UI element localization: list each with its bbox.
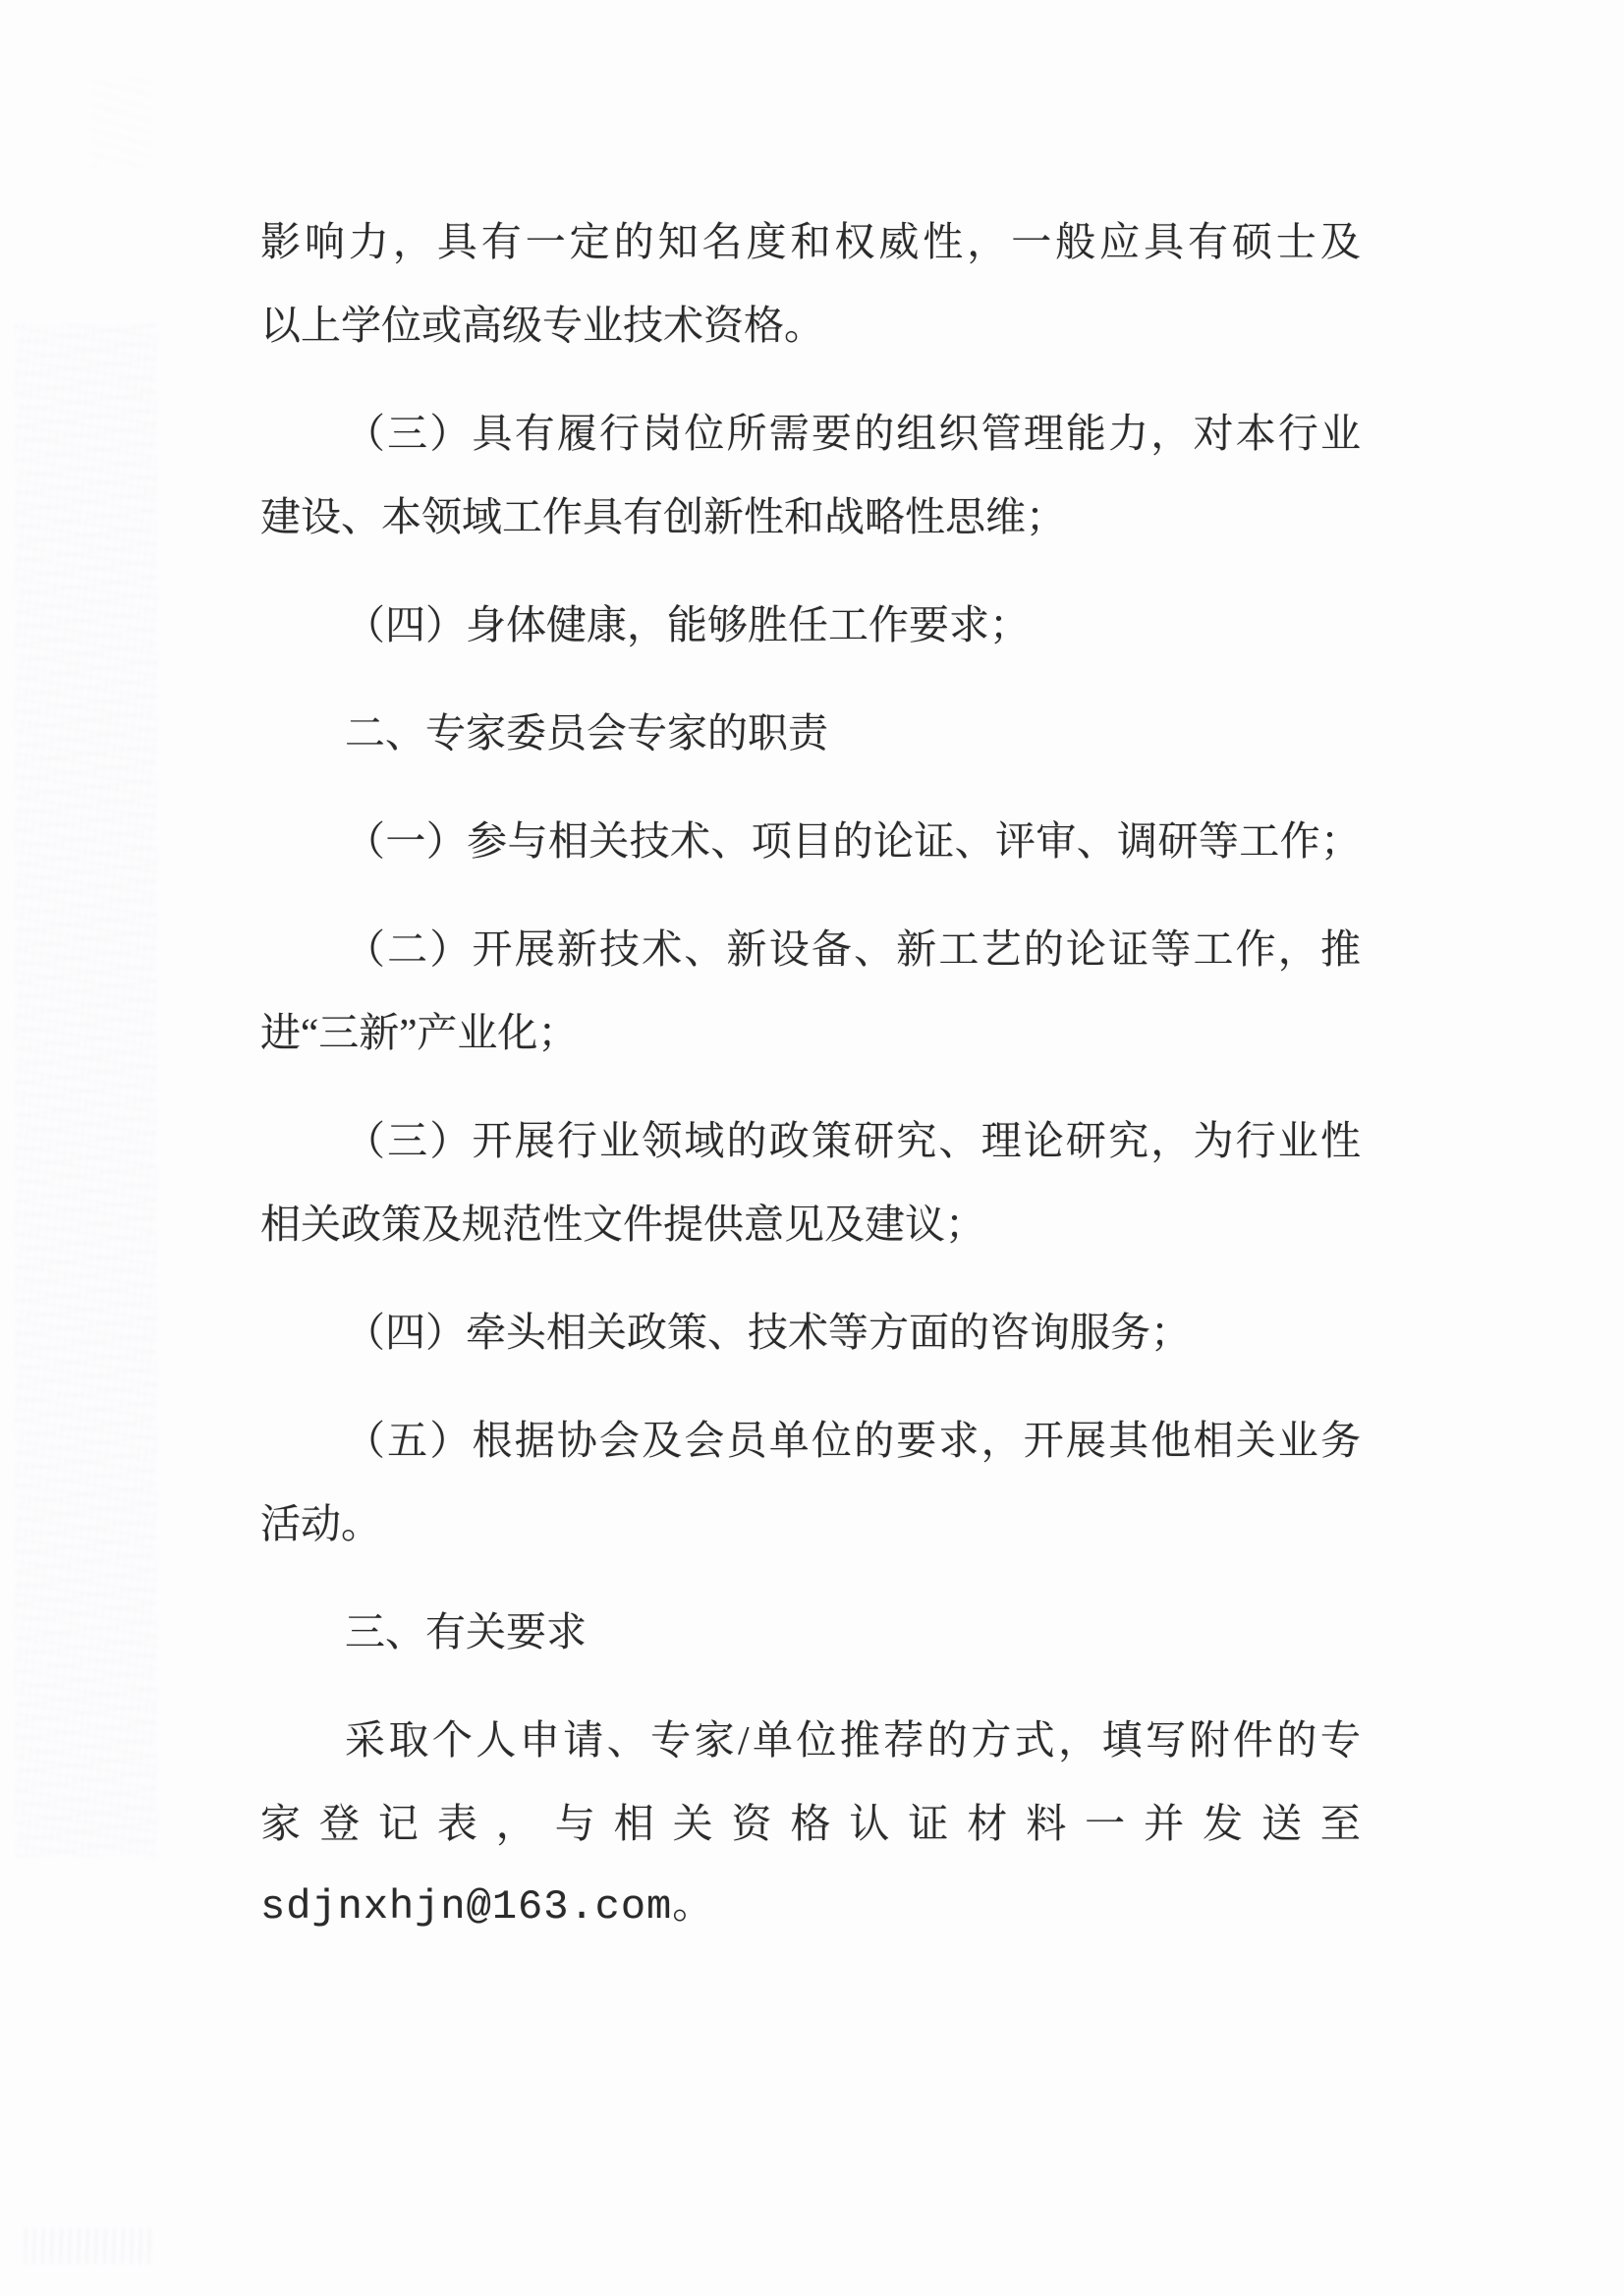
document-body: 影响力，具有一定的知名度和权威性，一般应具有硕士及 以上学位或高级专业技术资格。… — [260, 200, 1361, 1974]
email-address: sdjnxhjn@163.com。 — [260, 1866, 1361, 1949]
text-line: （三）开展行业领域的政策研究、理论研究，为行业性 — [260, 1099, 1361, 1183]
text-line: （一）参与相关技术、项目的论证、评审、调研等工作； — [260, 800, 1361, 883]
text-line: （四）身体健康，能够胜任工作要求； — [260, 584, 1361, 667]
text-line: 相关政策及规范性文件提供意见及建议； — [260, 1183, 1361, 1266]
text-line: 以上学位或高级专业技术资格。 — [260, 284, 1361, 367]
text-line: 活动。 — [260, 1483, 1361, 1566]
text-line: 家登记表，与相关资格认证材料一并发送至 — [260, 1782, 1361, 1866]
text-line: （三）具有履行岗位所需要的组织管理能力，对本行业 — [260, 392, 1361, 476]
scan-noise-left-margin — [15, 324, 157, 1857]
paragraph-item-1-4: （四）身体健康，能够胜任工作要求； — [260, 584, 1361, 667]
paragraph-continuation: 影响力，具有一定的知名度和权威性，一般应具有硕士及 以上学位或高级专业技术资格。 — [260, 200, 1361, 367]
text-line: （二）开展新技术、新设备、新工艺的论证等工作，推 — [260, 908, 1361, 991]
paragraph-item-1-3: （三）具有履行岗位所需要的组织管理能力，对本行业 建设、本领域工作具有创新性和战… — [260, 392, 1361, 559]
text-line: （五）根据协会及会员单位的要求，开展其他相关业务 — [260, 1399, 1361, 1483]
heading-line: 三、有关要求 — [260, 1591, 1361, 1674]
text-line: 影响力，具有一定的知名度和权威性，一般应具有硕士及 — [260, 200, 1361, 284]
paragraph-item-2-1: （一）参与相关技术、项目的论证、评审、调研等工作； — [260, 800, 1361, 883]
text-line: 建设、本领域工作具有创新性和战略性思维； — [260, 476, 1361, 559]
text-line: 采取个人申请、专家/单位推荐的方式，填写附件的专 — [260, 1699, 1361, 1782]
paragraph-item-2-4: （四）牵头相关政策、技术等方面的咨询服务； — [260, 1291, 1361, 1374]
scan-noise-bottom-left — [25, 2228, 152, 2264]
paragraph-item-2-5: （五）根据协会及会员单位的要求，开展其他相关业务 活动。 — [260, 1399, 1361, 1566]
scan-noise-top-left — [93, 79, 152, 167]
heading-line: 二、专家委员会专家的职责 — [260, 692, 1361, 775]
paragraph-requirements: 采取个人申请、专家/单位推荐的方式，填写附件的专 家登记表，与相关资格认证材料一… — [260, 1699, 1361, 1949]
section-heading-3: 三、有关要求 — [260, 1591, 1361, 1674]
text-line: （四）牵头相关政策、技术等方面的咨询服务； — [260, 1291, 1361, 1374]
paragraph-item-2-2: （二）开展新技术、新设备、新工艺的论证等工作，推 进“三新”产业化； — [260, 908, 1361, 1075]
paragraph-item-2-3: （三）开展行业领域的政策研究、理论研究，为行业性 相关政策及规范性文件提供意见及… — [260, 1099, 1361, 1266]
section-heading-2: 二、专家委员会专家的职责 — [260, 692, 1361, 775]
document-page: 影响力，具有一定的知名度和权威性，一般应具有硕士及 以上学位或高级专业技术资格。… — [0, 0, 1624, 2296]
text-line: 进“三新”产业化； — [260, 991, 1361, 1075]
